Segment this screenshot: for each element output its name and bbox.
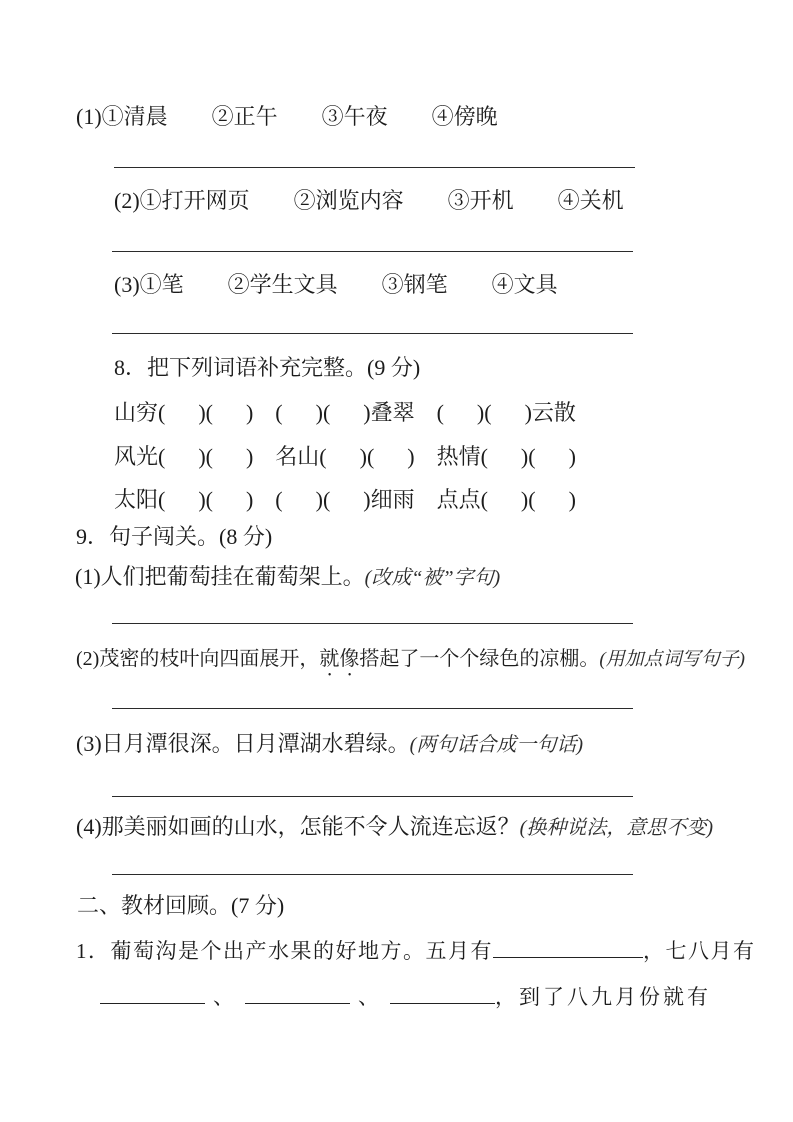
fill-blank bbox=[390, 982, 495, 1004]
answer-line bbox=[112, 333, 633, 334]
q9-item-3-note: (两句话合成一句话) bbox=[410, 734, 583, 756]
answer-line bbox=[112, 251, 633, 252]
fill-blank bbox=[493, 936, 643, 958]
answer-line bbox=[112, 874, 633, 875]
q9-item-1-text: (1)人们把葡萄挂在葡萄架上。 bbox=[75, 564, 365, 589]
q9-item-4-note: (换种说法，意思不变) bbox=[520, 817, 713, 839]
item1-text-part1: 1．葡萄沟是个出产水果的好地方。五月有 bbox=[76, 939, 493, 963]
q8-word-row-1: 山穷( )( ) ( )( )叠翠 ( )( )云散 bbox=[114, 400, 576, 426]
q9-item-4-text: (4)那美丽如画的山水，怎能不令人流连忘返？ bbox=[76, 814, 520, 839]
answer-line bbox=[112, 623, 633, 624]
q9-item-1: (1)人们把葡萄挂在葡萄架上。(改成“被”字句) bbox=[75, 564, 500, 591]
q9-item-2-note: (用加点词写句子) bbox=[599, 649, 745, 670]
q9-item-2-dotted-word: 就像 bbox=[319, 648, 359, 670]
fill-blank bbox=[100, 982, 205, 1004]
item1-text-sep1: ，七八月有 bbox=[643, 939, 756, 963]
section2-item-1-line-2: 、、，到了八九月份就有 bbox=[100, 982, 711, 1010]
q9-item-3-text: (3)日月潭很深。日月潭湖水碧绿。 bbox=[76, 731, 410, 756]
answer-line bbox=[114, 167, 635, 168]
fill-blank bbox=[245, 982, 350, 1004]
item1-separator-2: 、 bbox=[358, 985, 382, 1009]
q9-item-2-text-pre: (2)茂密的枝叶向四面展开， bbox=[76, 648, 319, 670]
q7-option-row-3: (3)①笔 ②学生文具 ③钢笔 ④文具 bbox=[114, 272, 558, 298]
exam-page: (1)①清晨 ②正午 ③午夜 ④傍晚 (2)①打开网页 ②浏览内容 ③开机 ④关… bbox=[0, 0, 793, 1122]
q9-item-4: (4)那美丽如画的山水，怎能不令人流连忘返？(换种说法，意思不变) bbox=[76, 814, 713, 841]
q9-item-2-text-post: 搭起了一个个绿色的凉棚。 bbox=[359, 648, 599, 670]
q7-option-row-2: (2)①打开网页 ②浏览内容 ③开机 ④关机 bbox=[114, 188, 624, 214]
q8-word-row-2: 风光( )( ) 名山( )( ) 热情( )( ) bbox=[114, 444, 576, 470]
section2-title: 二、教材回顾。(7 分) bbox=[77, 893, 284, 919]
q8-word-row-3: 太阳( )( ) ( )( )细雨 点点( )( ) bbox=[114, 487, 576, 513]
item1-separator-1: 、 bbox=[213, 985, 237, 1009]
q9-item-2: (2)茂密的枝叶向四面展开，就像搭起了一个个绿色的凉棚。(用加点词写句子) bbox=[76, 646, 745, 681]
item1-text-part2: ，到了八九月份就有 bbox=[495, 985, 711, 1009]
answer-line bbox=[112, 796, 633, 797]
q8-title: 8．把下列词语补充完整。(9 分) bbox=[114, 355, 420, 381]
q9-item-3: (3)日月潭很深。日月潭湖水碧绿。(两句话合成一句话) bbox=[76, 731, 583, 758]
answer-line bbox=[112, 708, 633, 709]
section2-item-1-line-1: 1．葡萄沟是个出产水果的好地方。五月有，七八月有 bbox=[76, 936, 756, 964]
q9-title: 9．句子闯关。(8 分) bbox=[76, 524, 272, 550]
q9-item-1-note: (改成“被”字句) bbox=[365, 567, 501, 589]
q7-option-row-1: (1)①清晨 ②正午 ③午夜 ④傍晚 bbox=[76, 104, 498, 130]
